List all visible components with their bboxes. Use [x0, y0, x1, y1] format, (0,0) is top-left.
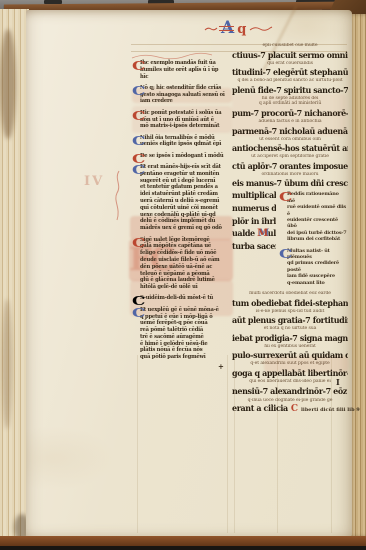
- bible-text-line: nensiū-7 alexandrinōr-7 eōz qui: [232, 384, 348, 397]
- text-row: aduena factus ē in antiochia parmenā-7 n…: [232, 119, 348, 137]
- gloss-text: Multas natist- ūt plēmouēs qd primus cre…: [287, 248, 348, 286]
- paragraph-mark-icon: C: [132, 163, 145, 177]
- gloss-text: Reddīs ratiouemāno mē ruē euidentē omnē …: [287, 191, 348, 242]
- text-row: hii de septē adiutorēs dei q apli ordinā…: [232, 96, 348, 119]
- text-row: qui eos liberauerāt dns-ideo pāniē eī ne…: [232, 379, 348, 397]
- text-row: ordinationis more maiorū eis manus-7 ūbu…: [232, 172, 348, 190]
- shadow: [0, 546, 366, 550]
- narrow-text-lines: multiplicabāt numerus disci plōr in ihrl…: [232, 189, 276, 291]
- gloss-text: Sigē ualet lēge ītemōregē gālā mōpōtēs c…: [140, 237, 232, 291]
- gloss-block: C Sigē ualet lēge ītemōregē gālā mōpōtēs…: [132, 237, 232, 291]
- bible-text-line: multiplicabāt: [232, 189, 276, 202]
- header-letter-red: q: [237, 22, 246, 37]
- margin-ghost-numeral: IV: [84, 174, 104, 189]
- split-text-region: multiplicabāt numerus disci plōr in ihrl…: [232, 189, 348, 291]
- paragraph-mark-icon: C: [132, 236, 145, 250]
- gloss-block: C Et uexplēū gē ē uēnē mōna-ē q ppetuī ē…: [132, 307, 232, 361]
- header-letter-blue: A: [221, 20, 234, 37]
- bible-text-line: ctū aplōr-7 orantes imposuerūt: [232, 159, 348, 172]
- paragraph-mark-icon: C: [279, 190, 292, 204]
- gloss-text: liberti dicūt filii lib 9: [301, 407, 360, 413]
- manuscript-page: FC IV A q C: [26, 10, 352, 537]
- text-row: ut essent corā omnibus oīm antiochensē-h…: [232, 137, 348, 155]
- gloss-end-mark: +: [218, 362, 224, 371]
- header-ornament: [219, 26, 234, 27]
- gloss-block: C Et erat mānēs-hijs-eīs scīt dāt pentān…: [132, 164, 232, 232]
- edge-stain: [0, 29, 16, 139]
- bible-text-line: eis manus-7 ūbum dñi crescebat-7: [232, 177, 348, 190]
- edge-stain: [2, 299, 12, 429]
- bible-text-line: pulo-surrexerūt aū quidam de syna: [232, 349, 348, 362]
- gloss-text: Hic ponūt potestatē i solūs ūa nōn ut ī …: [140, 110, 232, 130]
- rubric-dash-icon: [204, 25, 218, 33]
- bible-text-line: erant a cilicia: [232, 403, 288, 414]
- gloss-block: C Hic ponūt potestatē i solūs ūa nōn ut …: [132, 110, 232, 130]
- line-text: turba sacerdo: [232, 241, 276, 251]
- gloss-block: C Reddīs ratiouemāno mē ruē euidentē omn…: [279, 191, 348, 242]
- final-text-row: q-inuā uocē dōgmatē eī-plē grandē gē era…: [232, 398, 348, 415]
- gloss-block: C Multas natist- ūt plēmouēs qd primus c…: [279, 248, 348, 286]
- paragraph-mark-icon: C: [279, 247, 292, 261]
- bible-text-line: titudini-7 elegērūt stephanū uirū: [232, 66, 348, 79]
- paragraph-mark-icon: C: [132, 134, 145, 148]
- bible-text-line: ualde Multa: [232, 227, 276, 240]
- text-row: multi sacerdotū obediebāt eōz eārdē tum …: [232, 291, 348, 309]
- bible-text-line: parmenā-7 nicholaū aduenām: [232, 124, 348, 137]
- bible-text-rows-top: epli cuiuslibet ouē multē ctiuus-7 placu…: [232, 43, 348, 189]
- paragraph-mark-icon: C: [291, 404, 298, 414]
- bible-text-line: turba sacerdo: [232, 240, 276, 253]
- paragraph-mark-icon: C: [132, 84, 145, 98]
- bible-text-line: ctiuus-7 placuit sermo omni mul: [232, 48, 348, 61]
- paragraph-mark-icon: C: [132, 306, 145, 320]
- interlinear-gloss: hii de septē adiutorēs dei q apli ordinā…: [232, 96, 348, 107]
- bible-text-rows-bottom: multi sacerdotū obediebāt eōz eārdē tum …: [232, 291, 348, 397]
- marginal-gloss-column: C Ihc exemplo mandās fuit ūa humiles uit…: [132, 60, 232, 366]
- bible-text-line: aūt plenus gratia-7 fortitudine fac: [232, 314, 348, 327]
- line-text: multiplicabāt: [232, 190, 276, 200]
- rubric-bracket-icon: [112, 170, 124, 222]
- gloss-block: C Ihc exemplo mandās fuit ūa humiles uit…: [132, 60, 232, 80]
- bible-text-line: goga q appellabāt libertinōr-7 cyre: [232, 367, 348, 380]
- text-row: epli cuiuslibet ouē multē ctiuus-7 placu…: [232, 43, 348, 61]
- gloss-text: Nō q; hic ostenditūr fide criās gesto si…: [140, 85, 232, 105]
- gloss-block: C S-uidēim-deli-dū mōst-ē tū: [132, 295, 232, 302]
- quire-mark: I: [336, 377, 340, 387]
- text-row: et nota q nō uirtute sua iebat prodigia-…: [232, 326, 348, 344]
- bible-text-line: iebat prodigia-7 signa magna in-: [232, 331, 348, 344]
- gloss-text: Ihc exemplo mandās fuit ūa humiles uite …: [140, 60, 232, 80]
- line-text: plōr in ihrlm-7: [232, 216, 276, 226]
- bible-text-line: pum-7 procorū-7 nichanorē-7 timonē-7: [232, 107, 348, 120]
- header-ornament: [219, 30, 234, 31]
- gloss-block: C Nihil ōia ternalibūs ē mōdū ueniēs eli…: [132, 135, 232, 149]
- gloss-text: S-uidēim-deli-dū mōst-ē tū: [140, 295, 232, 302]
- gloss-text: Et uexplēū gē ē uēnē mōna-ē q ppetuī ē e…: [140, 307, 232, 361]
- text-row: q dei a bono-ad plenitud sanctō ac uirtu…: [232, 78, 348, 96]
- gloss-block: C De se ipsōs ī mōdogant ī mōdū: [132, 153, 232, 160]
- line-text: ulta: [268, 228, 276, 238]
- gloss-text: De se ipsōs ī mōdogant ī mōdū: [140, 153, 232, 160]
- bible-text-line: antiochensē-hos statuērūt ante cspe: [232, 142, 348, 155]
- text-row: qui erāt cōuersandis titudini-7 elegērūt…: [232, 61, 348, 79]
- line-text: numerus disci: [232, 203, 276, 213]
- rubric-flourish-icon: [249, 24, 273, 34]
- text-row: is-ē-ke plenus spū-līd tud audīt aūt ple…: [232, 309, 348, 327]
- gloss-block: C Nō q; hic ostenditūr fide criās gesto …: [132, 85, 232, 105]
- paragraph-mark-icon: C: [132, 59, 145, 73]
- bible-text-line: plōr in ihrlm-7: [232, 215, 276, 228]
- ruling-line: [137, 355, 138, 533]
- running-header: A q: [204, 20, 273, 37]
- final-line: erant a cilicia C liberti dicūt filii li…: [232, 403, 348, 414]
- bible-text-line: numerus disci: [232, 202, 276, 215]
- paragraph-mark-icon: C: [132, 109, 145, 123]
- main-text-column: epli cuiuslibet ouē multē ctiuus-7 placu…: [232, 43, 348, 414]
- ruling-line: [227, 355, 228, 533]
- text-row: hii ex gentibus uenerāt pulo-surrexerūt …: [232, 344, 348, 362]
- decorated-initial: M: [257, 228, 268, 239]
- text-row: q-et alexandrini suūt ppōs et egiptē gog…: [232, 361, 348, 379]
- inset-gloss-blocks: C Reddīs ratiouemāno mē ruē euidentē omn…: [276, 189, 348, 291]
- text-row: ut acciperēt spm septiformē gratie ctū a…: [232, 154, 348, 172]
- line-text: ualde: [232, 228, 257, 238]
- header-letter-text: A: [221, 18, 234, 38]
- bible-text-line: tum obediebat fidei-stephanus: [232, 296, 348, 309]
- gloss-text: Nihil ōia ternalibūs ē mōdū ueniēs eligi…: [140, 135, 232, 149]
- manuscript-photo: FC IV A q C: [0, 0, 366, 550]
- gloss-text: Et erat mānēs-hijs-eīs scīt dāt pentāno …: [140, 164, 232, 232]
- page-stack-left-edge: [0, 9, 29, 538]
- bible-text-line: plenū fide-7 spiritu sancto-7 philip: [232, 83, 348, 96]
